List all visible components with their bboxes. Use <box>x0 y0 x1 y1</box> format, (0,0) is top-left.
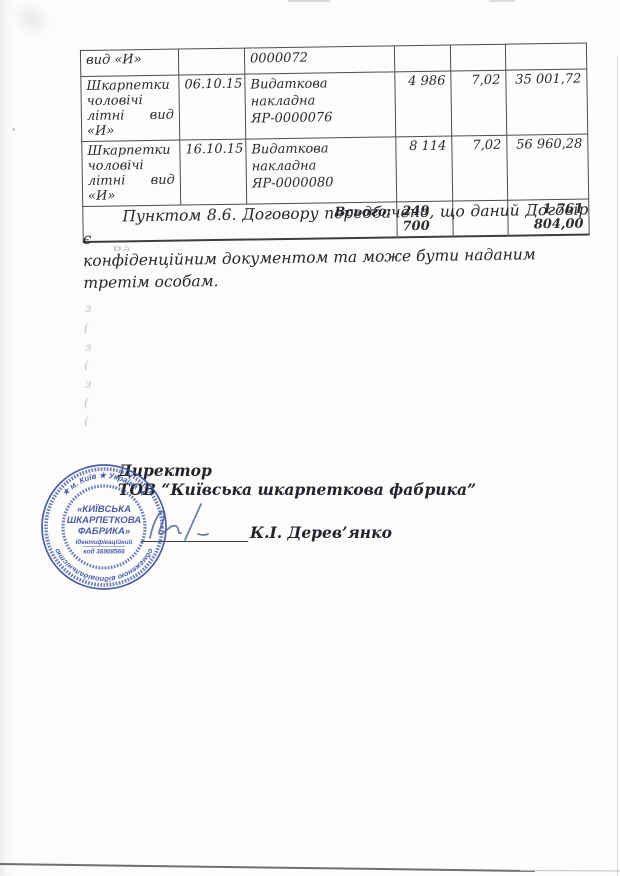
cell-date: 16.10.15 <box>180 139 247 205</box>
cell-sum: 56 960,28 <box>507 134 589 200</box>
cell-sum: 35 001,72 <box>506 69 588 135</box>
scan-page-edge-line <box>0 863 535 872</box>
erased-text-fragment: з <box>85 301 92 315</box>
cell-quantity: 4 986 <box>395 71 452 137</box>
erased-text-fragment: з <box>85 377 92 391</box>
cell-price: 7,02 <box>451 70 507 136</box>
stamp-center-line4: Ідентифікаційний <box>76 539 133 546</box>
cell-price <box>450 44 505 71</box>
signature-scribble <box>132 494 252 550</box>
erased-text-fragment: з <box>85 340 92 354</box>
scan-mark-top <box>288 0 330 2</box>
scanned-document-page: вид «И» 0000072 Шкарпетки чоловічі літні… <box>0 0 620 876</box>
stamp-center-line1: «КИЇВСЬКА <box>77 504 131 515</box>
cell-quantity: 8 114 <box>396 136 453 202</box>
erased-line-top-fragment: Вд <box>112 245 130 251</box>
table-row: Шкарпетки чоловічі літні вид «И» 06.10.1… <box>81 69 588 141</box>
erased-text-fragment: ’ <box>84 264 88 278</box>
stamp-center-line2: ШКАРПЕТКОВА <box>67 515 142 526</box>
cell-product: Шкарпетки чоловічі літні вид «И» <box>81 75 180 141</box>
cell-quantity <box>394 45 450 72</box>
erased-text-fragment: ( <box>84 358 89 372</box>
cell-date: 06.10.15 <box>179 74 246 140</box>
scan-mark-top <box>489 0 515 2</box>
erased-text-fragment: ( <box>84 321 89 335</box>
scan-smudge <box>2 0 59 46</box>
erased-text-fragment: ( <box>84 414 89 428</box>
cell-product: Шкарпетки чоловічі літні вид «И» <box>82 140 181 206</box>
cell-document: 0000072 <box>244 46 394 74</box>
signatory-name: К.І. Дерев’янко <box>250 523 392 542</box>
cell-price: 7,02 <box>452 135 508 201</box>
stamp-center-line5: код 38908566 <box>83 548 125 556</box>
stamp-center-line3: ФАБРИКА» <box>78 526 131 537</box>
paragraph-line: Пунктом 8.6. Договору передбачено, що да… <box>82 199 589 251</box>
cell-product: вид «И» <box>80 49 178 76</box>
cell-document: Видаткова накладна ЯР-0000080 <box>246 137 397 204</box>
cell-date <box>178 48 244 75</box>
table-row: Шкарпетки чоловічі літні вид «И» 16.10.1… <box>82 134 589 206</box>
scan-page-edge-line-faint <box>520 870 620 872</box>
cell-sum <box>505 43 586 70</box>
scan-dot <box>12 128 15 131</box>
paragraph-line: конфіденційним документом та може бути н… <box>83 243 590 295</box>
confidentiality-paragraph: Пунктом 8.6. Договору передбачено, що да… <box>82 199 589 294</box>
erased-text-fragment: ( <box>84 396 89 410</box>
scan-edge-right <box>617 55 618 876</box>
cell-document: Видаткова накладна ЯР-0000076 <box>245 72 396 139</box>
